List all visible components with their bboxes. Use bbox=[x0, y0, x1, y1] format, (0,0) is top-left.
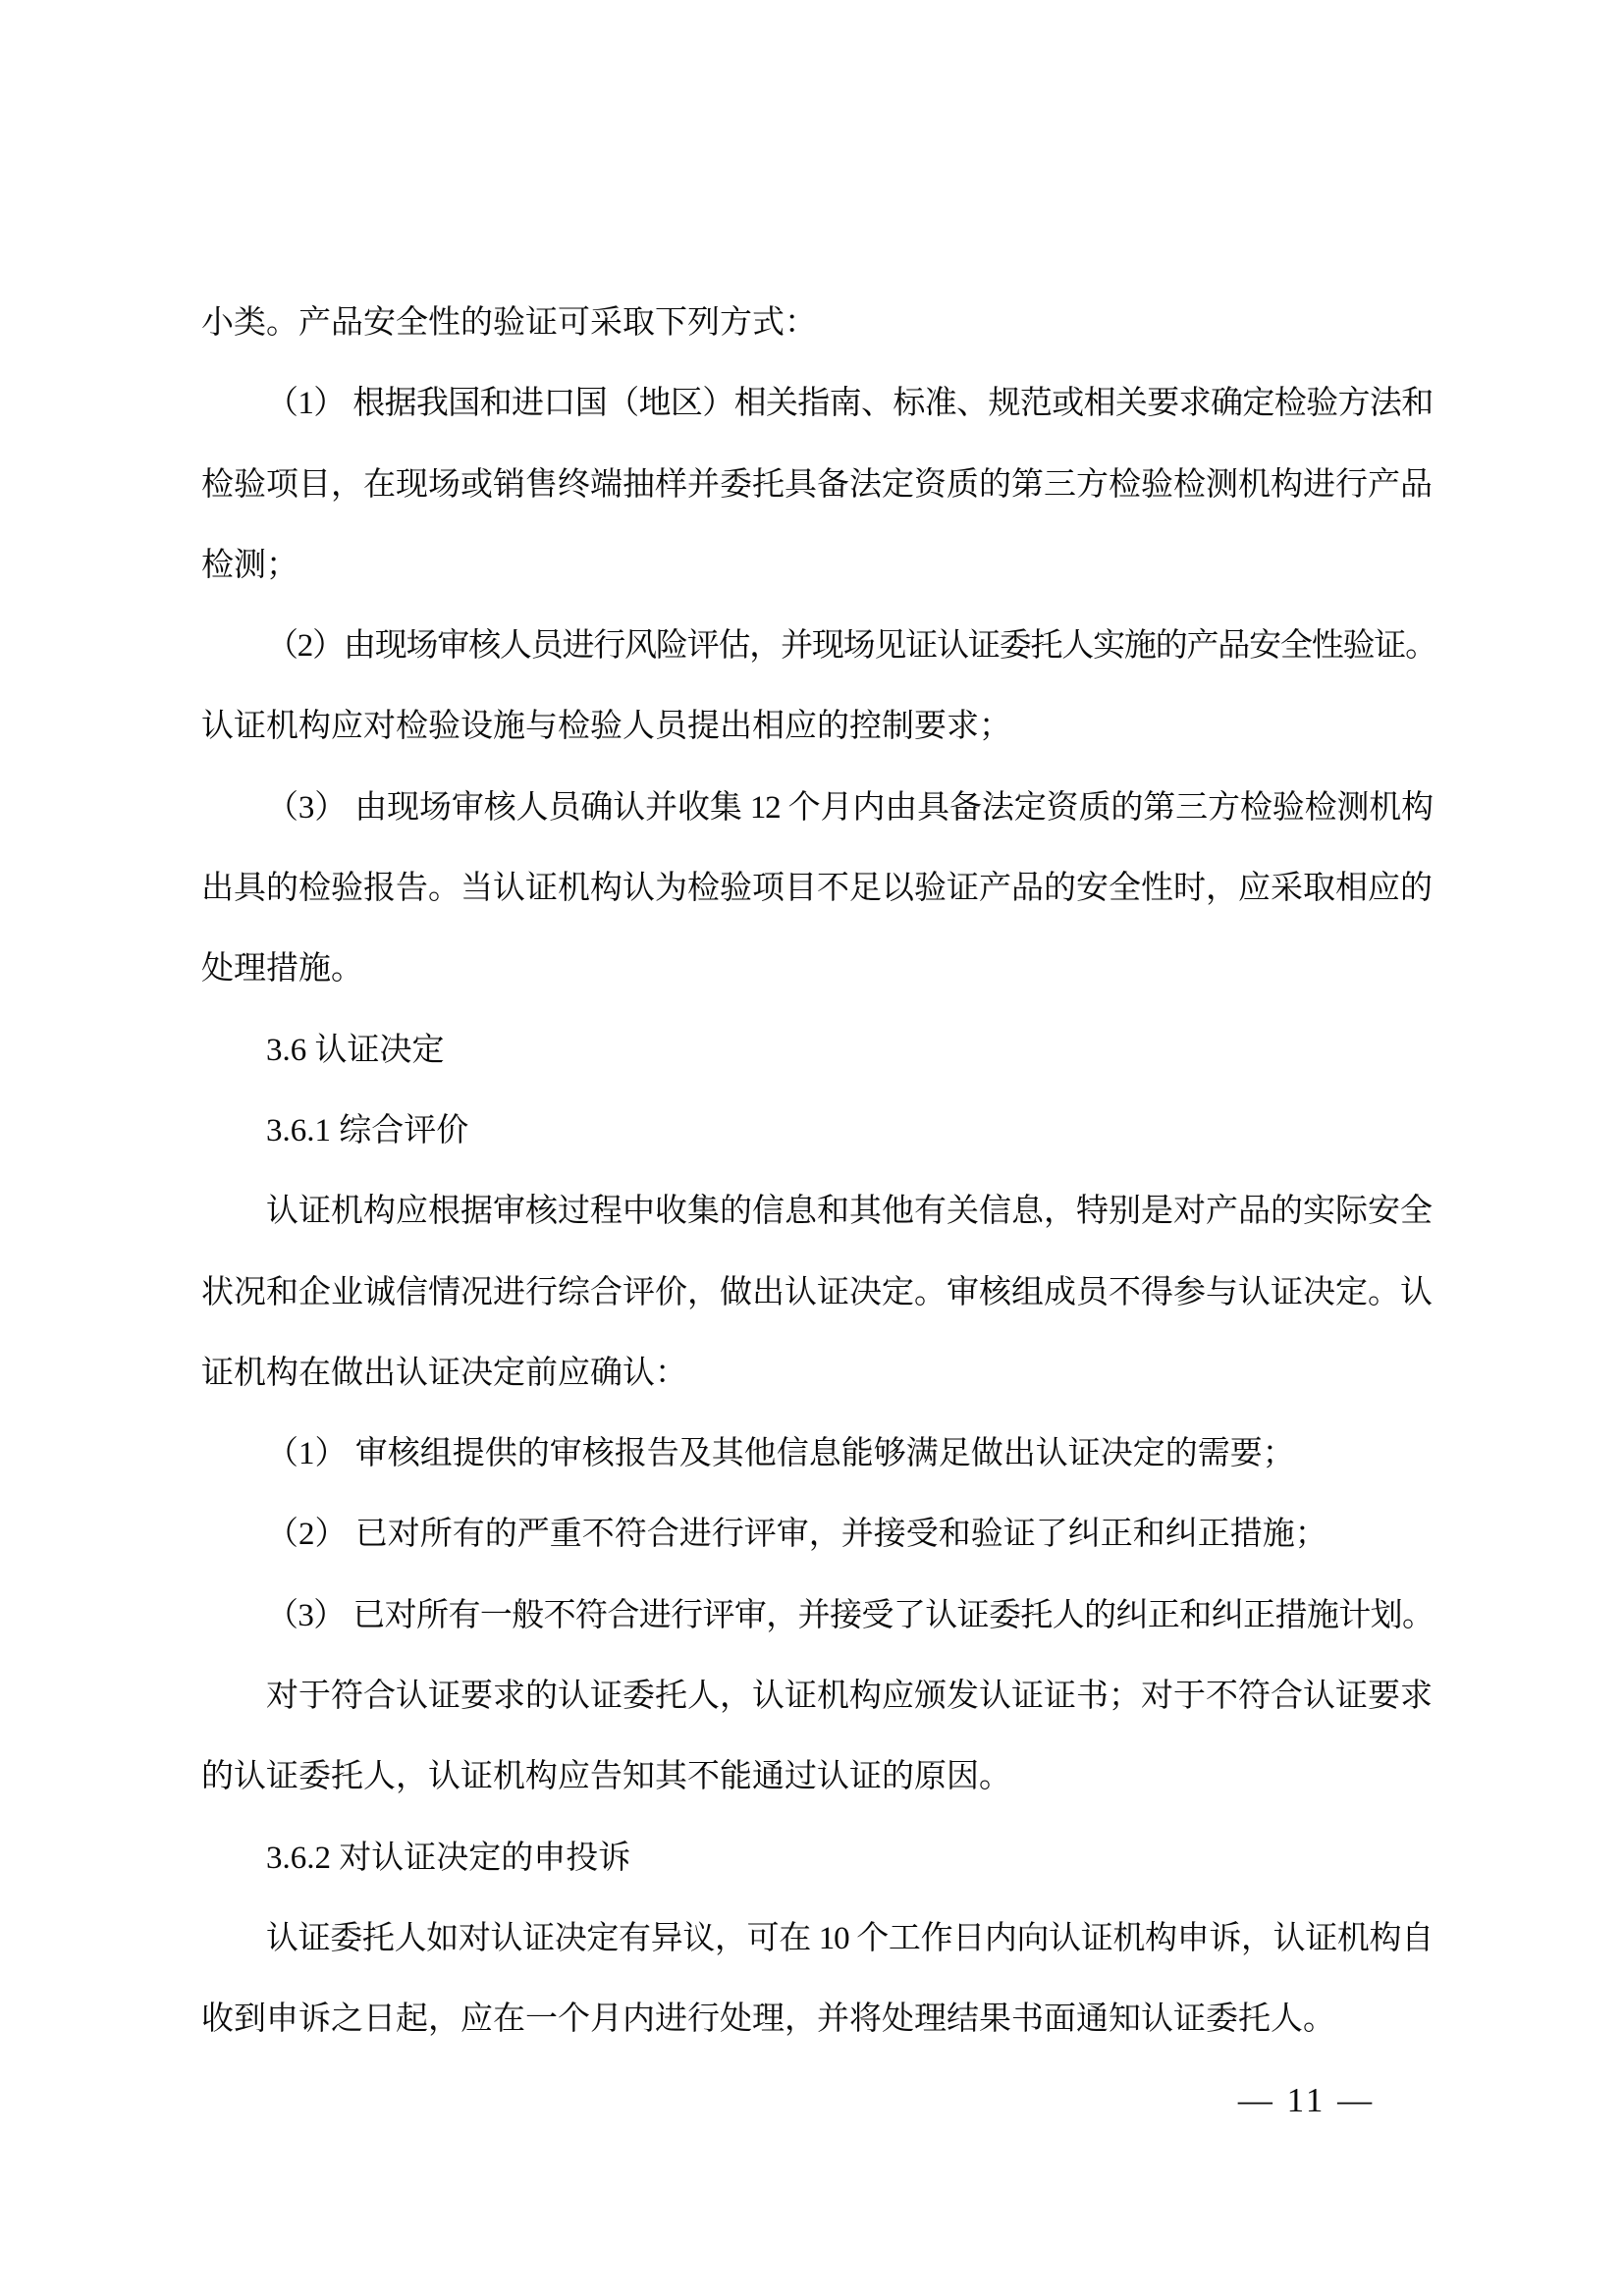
text-line: 对于符合认证要求的认证委托人，认证机构应颁发认证证书；对于不符合认证要求 bbox=[201, 1656, 1433, 1736]
text-line: 检验项目，在现场或销售终端抽样并委托具备法定资质的第三方检验检测机构进行产品 bbox=[201, 445, 1433, 525]
section-heading: 3.6 认证决定 bbox=[201, 1010, 1433, 1091]
text-line: 出具的检验报告。当认证机构认为检验项目不足以验证产品的安全性时，应采取相应的 bbox=[201, 848, 1433, 929]
text-line: （1） 审核组提供的审核报告及其他信息能够满足做出认证决定的需要； bbox=[201, 1414, 1433, 1494]
text-line: （3） 由现场审核人员确认并收集 12 个月内由具备法定资质的第三方检验检测机构 bbox=[201, 768, 1433, 848]
text-line: 的认证委托人，认证机构应告知其不能通过认证的原因。 bbox=[201, 1736, 1433, 1817]
page-number: — 11 — bbox=[1216, 2079, 1397, 2122]
text-line: 认证机构应根据审核过程中收集的信息和其他有关信息，特别是对产品的实际安全 bbox=[201, 1171, 1433, 1252]
section-heading: 3.6.1 综合评价 bbox=[201, 1091, 1433, 1171]
text-line: （2） 已对所有的严重不符合进行评审，并接受和验证了纠正和纠正措施； bbox=[201, 1494, 1433, 1575]
text-line: 小类。产品安全性的验证可采取下列方式： bbox=[201, 283, 1433, 363]
text-line: 收到申诉之日起，应在一个月内进行处理，并将处理结果书面通知认证委托人。 bbox=[201, 1979, 1433, 2059]
text-line: 处理措施。 bbox=[201, 929, 1433, 1009]
text-line: （1） 根据我国和进口国（地区）相关指南、标准、规范或相关要求确定检验方法和 bbox=[201, 363, 1433, 444]
document-body: 小类。产品安全性的验证可采取下列方式： （1） 根据我国和进口国（地区）相关指南… bbox=[201, 283, 1433, 2060]
text-line: 认证委托人如对认证决定有异议，可在 10 个工作日内向认证机构申诉，认证机构自 bbox=[201, 1898, 1433, 1979]
text-line: 状况和企业诚信情况进行综合评价，做出认证决定。审核组成员不得参与认证决定。认 bbox=[201, 1253, 1433, 1333]
text-line: 认证机构应对检验设施与检验人员提出相应的控制要求； bbox=[201, 686, 1433, 767]
text-line: （2）由现场审核人员进行风险评估，并现场见证认证委托人实施的产品安全性验证。 bbox=[201, 606, 1433, 686]
text-line: 证机构在做出认证决定前应确认： bbox=[201, 1333, 1433, 1414]
section-heading: 3.6.2 对认证决定的申投诉 bbox=[201, 1818, 1433, 1898]
document-page: 小类。产品安全性的验证可采取下列方式： （1） 根据我国和进口国（地区）相关指南… bbox=[0, 0, 1624, 2296]
text-line: （3） 已对所有一般不符合进行评审，并接受了认证委托人的纠正和纠正措施计划。 bbox=[201, 1575, 1433, 1656]
text-line: 检测； bbox=[201, 525, 1433, 606]
